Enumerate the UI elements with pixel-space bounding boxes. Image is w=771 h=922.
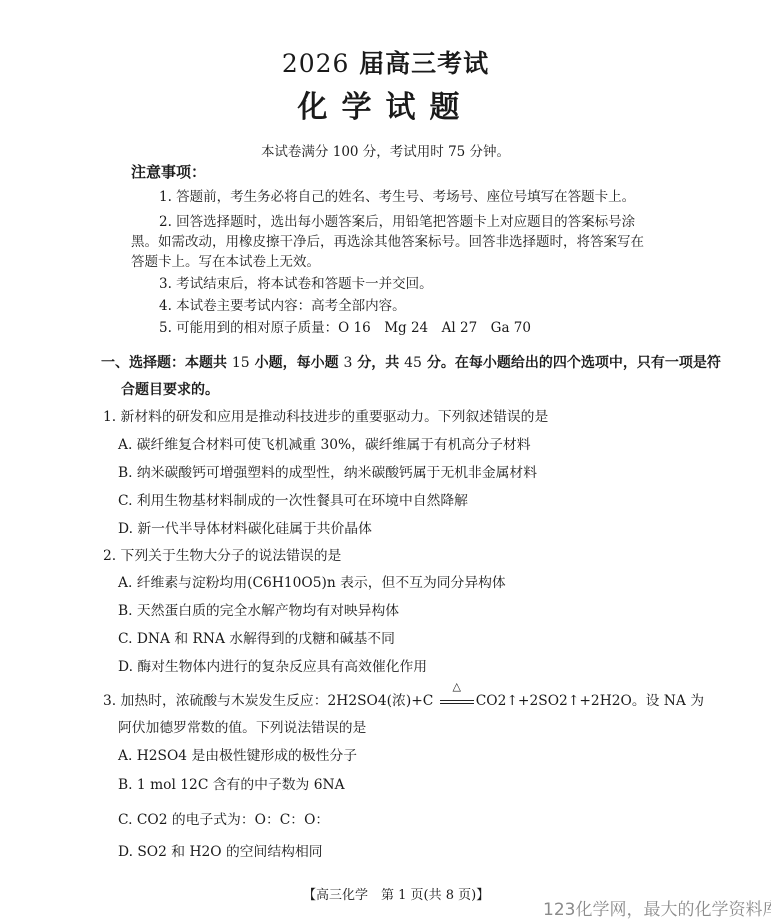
section-mid2: 分，共 — [352, 355, 404, 371]
watermark: 123化学网，最大的化学资料库 — [543, 895, 771, 920]
question-3-option-c: C. CO2 的电子式为：O：C：O： — [118, 808, 329, 828]
exam-title: 2026 届高三考试 — [0, 44, 771, 80]
subject-title: 化学试题 — [0, 82, 771, 126]
question-2-option-b: B. 天然蛋白质的完全水解产物均有对映异构体 — [118, 599, 399, 619]
question-1-option-a: A. 碳纤维复合材料可使飞机减重 30%，碳纤维属于有机高分子材料 — [118, 433, 531, 453]
heat-condition-arrow: △ — [438, 693, 476, 709]
notice-item-2: 2. 回答选择题时，选出每小题答案后，用铅笔把答题卡上对应题目的答案标号涂 — [159, 210, 635, 230]
section-suffix: 分。在每小题给出的四个选项中，只有一项是符 — [422, 355, 721, 371]
notice-item-4: 4. 本试卷主要考试内容：高考全部内容。 — [159, 294, 406, 314]
question-2-option-d: D. 酶对生物体内进行的复杂反应具有高效催化作用 — [118, 655, 427, 675]
page-footer: 【高三化学 第 1 页(共 8 页)】 — [303, 884, 489, 903]
notice-item-2-cont2: 答题卡上。写在本试卷上无效。 — [131, 250, 320, 270]
question-2-option-c: C. DNA 和 RNA 水解得到的戊糖和碱基不同 — [118, 627, 395, 647]
heat-triangle-icon: △ — [438, 680, 476, 693]
question-1-option-c: C. 利用生物基材料制成的一次性餐具可在环境中自然降解 — [118, 489, 468, 509]
section-heading: 一、选择题：本题共 15 小题，每小题 3 分，共 45 分。在每小题给出的四个… — [101, 352, 721, 372]
total-points: 45 — [404, 355, 422, 371]
question-3-option-b: B. 1 mol 12C 含有的中子数为 6NA — [118, 773, 345, 793]
reaction-products: CO2↑+2SO2↑+2H2O — [476, 693, 632, 709]
question-3-stem-tail: 。设 NA 为 — [632, 693, 704, 709]
notice-item-3: 3. 考试结束后，将本试卷和答题卡一并交回。 — [159, 272, 433, 292]
score-time-line: 本试卷满分 100 分，考试用时 75 分钟。 — [0, 140, 771, 160]
notice-item-5: 5. 可能用到的相对原子质量：O 16 Mg 24 Al 27 Ga 70 — [159, 316, 531, 336]
notice-item-1: 1. 答题前，考生务必将自己的姓名、考生号、考场号、座位号填写在答题卡上。 — [159, 185, 635, 205]
section-mid1: 小题，每小题 — [250, 355, 344, 371]
notice-heading: 注意事项： — [131, 161, 206, 182]
exam-year: 2026 — [282, 49, 350, 78]
question-1-option-b: B. 纳米碳酸钙可增强塑料的成型性，纳米碳酸钙属于无机非金属材料 — [118, 461, 537, 481]
question-3-stem: 3. 加热时，浓硫酸与木炭发生反应：2H2SO4(浓)+C △CO2↑+2SO2… — [103, 689, 704, 709]
question-2-stem: 2. 下列关于生物大分子的说法错误的是 — [103, 544, 341, 564]
question-3-option-a: A. H2SO4 是由极性键形成的极性分子 — [118, 744, 357, 764]
question-3-option-d: D. SO2 和 H2O 的空间结构相同 — [118, 840, 323, 860]
section-prefix: 一、选择题：本题共 — [101, 355, 232, 371]
exam-title-rest: 届高三考试 — [359, 49, 489, 78]
question-1-stem: 1. 新材料的研发和应用是推动科技进步的重要驱动力。下列叙述错误的是 — [103, 405, 548, 425]
question-1-option-d: D. 新一代半导体材料碳化硅属于共价晶体 — [118, 517, 372, 537]
question-count: 15 — [232, 355, 250, 371]
question-3-stem-cont: 阿伏加德罗常数的值。下列说法错误的是 — [118, 716, 366, 736]
reaction-reactants: 2H2SO4(浓)+C — [328, 693, 434, 709]
question-2-option-a: A. 纤维素与淀粉均用(C6H10O5)n 表示，但不互为同分异构体 — [118, 571, 506, 591]
section-heading-cont: 合题目要求的。 — [121, 379, 219, 399]
notice-item-2-cont: 黑。如需改动，用橡皮擦干净后，再选涂其他答案标号。回答非选择题时，将答案写在 — [131, 230, 644, 250]
question-3-stem-text: 3. 加热时，浓硫酸与木炭发生反应： — [103, 693, 328, 709]
